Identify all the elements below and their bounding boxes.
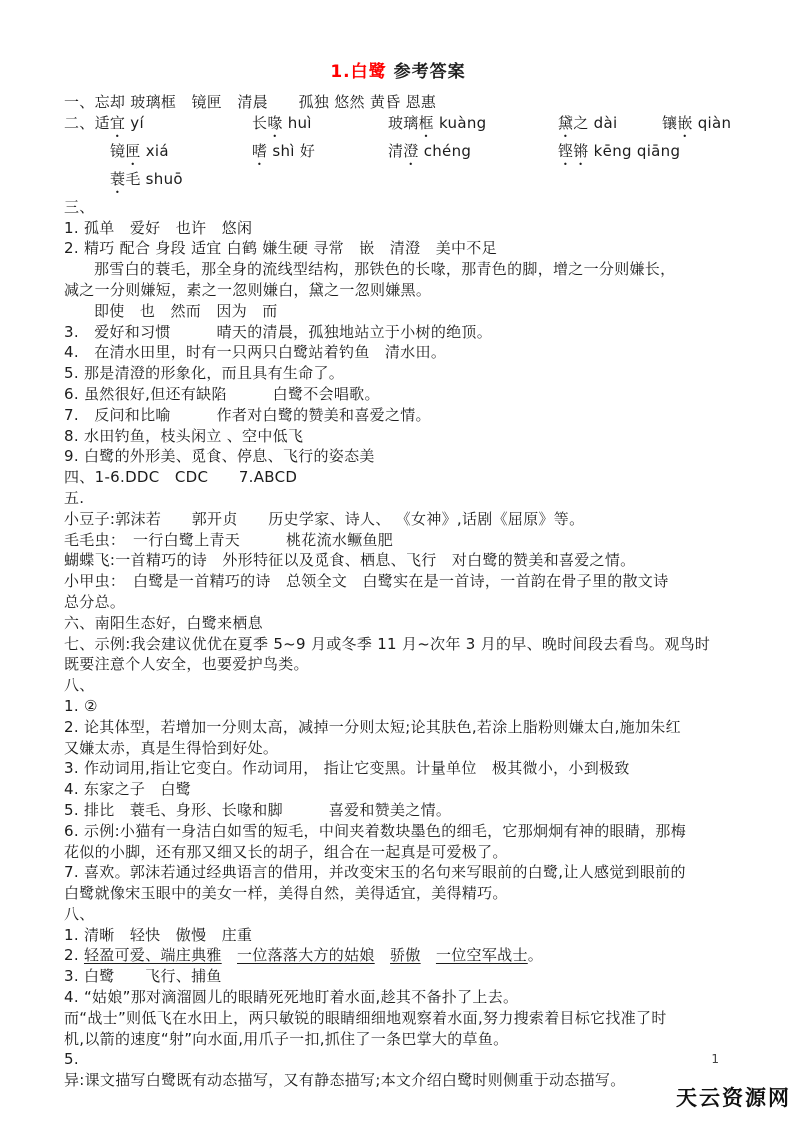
doc-line: 2. 轻盈可爱、端庄典雅 一位落落大方的姑娘 骄傲 一位空军战士。 [64, 945, 732, 966]
answer-lines: 一、忘却 玻璃框 镜匣 清晨 孤独 悠然 黄昏 恩惠二、适宜 yí长喙 huì玻… [64, 92, 732, 1091]
doc-line: 小豆子:郭沫若 郭开贞 历史学家、诗人、 《女神》,话剧《屈原》等。 [64, 509, 732, 530]
text-run: 2. 精巧 配合 身段 适宜 白鹤 嫌生硬 寻常 嵌 清澄 美中不足 [64, 239, 497, 257]
text-run: 7. 喜欢。郭沫若通过经典语言的借用，并改变宋玉的名句来写眼前的白鹭,让人感觉到… [64, 863, 686, 881]
text-run: 1. 清晰 轻快 傲慢 庄重 [64, 926, 252, 944]
doc-line: 花似的小脚，还有那又细又长的胡子，组合在一起真是可爱极了。 [64, 842, 732, 863]
underlined-answer: 一位空军战士 [436, 946, 528, 964]
doc-line: 即使 也 然而 因为 而 [64, 301, 732, 322]
page-number: 1 [711, 1052, 719, 1066]
text-run: 玻璃 [388, 114, 419, 132]
pinyin-column: 清澄 chéng [388, 141, 558, 169]
doc-line: 8. 水田钓鱼，枝头闲立 、空中低飞 [64, 426, 732, 447]
doc-line: 7. 反问和比喻 作者对白鹭的赞美和喜爱之情。 [64, 405, 732, 426]
doc-line: 3. 白鹭 飞行、捕鱼 [64, 966, 732, 987]
title-suffix: 参考答案 [394, 62, 466, 82]
doc-line: 1. ② [64, 696, 732, 717]
text-run: 一、忘却 玻璃框 镜匣 清晨 孤独 悠然 黄昏 恩惠 [64, 93, 436, 111]
doc-line: 四、1-6.DDC CDC 7.ABCD [64, 467, 732, 488]
text-run: 1. 孤单 爱好 也许 悠闲 [64, 219, 252, 237]
text-run: 4. 在清水田里，时有一只两只白鹭站着钓鱼 清水田。 [64, 343, 446, 361]
doc-line: 6. 示例:小猫有一身洁白如雪的短毛，中间夹着数块墨色的细毛，它那炯炯有神的眼睛… [64, 821, 732, 842]
emphasized-char: 蓑 [110, 170, 125, 188]
text-run: 4. “姑娘”那对滴溜圆儿的眼睛死死地盯着水面,趁其不备扑了上去。 [64, 988, 518, 1006]
doc-line: 七、示例:我会建议优优在夏季 5~9 月或冬季 11 月~次年 3 月的早、晚时… [64, 634, 732, 655]
text-run: kēng qiāng [589, 142, 681, 160]
text-run: 毛毛虫： 一行白鹭上青天 桃花流水鳜鱼肥 [64, 531, 393, 549]
emphasized-char: 嗜 [252, 142, 267, 160]
pinyin-column: 嗜 shì 好 [252, 141, 388, 169]
text-run: 那雪白的蓑毛，那全身的流线型结构，那铁色的长喙，那青色的脚，增之一分则嫌长， [94, 260, 675, 278]
doc-line: 小甲虫： 白鹭是一首精巧的诗 总领全文 白鹭实在是一首诗，一首韵在骨子里的散文诗 [64, 571, 732, 592]
text-run [375, 946, 390, 964]
pinyin-column: 长喙 huì [252, 113, 388, 141]
doc-line: 2. 精巧 配合 身段 适宜 白鹤 嫌生硬 寻常 嵌 清澄 美中不足 [64, 238, 732, 259]
underlined-answer: 一位落落大方的姑娘 [237, 946, 375, 964]
text-run: 八、 [64, 905, 95, 923]
doc-line: 7. 喜欢。郭沫若通过经典语言的借用，并改变宋玉的名句来写眼前的白鹭,让人感觉到… [64, 862, 732, 883]
doc-line: 2. 论其体型，若增加一分则太高，减掉一分则太短;论其肤色,若涂上脂粉则嫌太白,… [64, 717, 732, 738]
document-page: 1.白鹭参考答案 一、忘却 玻璃框 镜匣 清晨 孤独 悠然 黄昏 恩惠二、适宜 … [0, 0, 793, 1122]
text-run: 总分总。 [64, 593, 125, 611]
text-run: 6. 示例:小猫有一身洁白如雪的短毛，中间夹着数块墨色的细毛，它那炯炯有神的眼睛… [64, 822, 686, 840]
doc-line: 毛毛虫： 一行白鹭上青天 桃花流水鳜鱼肥 [64, 530, 732, 551]
emphasized-char: 黛 [558, 114, 573, 132]
text-run: 3. 白鹭 飞行、捕鱼 [64, 967, 222, 985]
emphasized-char: 澄 [403, 142, 418, 160]
doc-line: 3. 作动词用,指让它变白。作动词用， 指让它变黑。计量单位 极其微小，小到极致 [64, 758, 732, 779]
text-run: 小豆子:郭沫若 郭开贞 历史学家、诗人、 《女神》,话剧《屈原》等。 [64, 510, 584, 528]
text-run: 二、适 [64, 114, 110, 132]
text-run: 四、1-6.DDC CDC 7.ABCD [64, 468, 297, 486]
text-run: 五. [64, 489, 84, 507]
text-run: 5. [64, 1050, 79, 1068]
text-run: 三、 [64, 198, 95, 216]
doc-line: 既要注意个人安全，也要爱护鸟类。 [64, 654, 732, 675]
doc-line: 减之一分则嫌短，素之一忽则嫌白，黛之一忽则嫌黑。 [64, 280, 732, 301]
doc-line: 五. [64, 488, 732, 509]
text-run: 花似的小脚，还有那又细又长的胡子，组合在一起真是可爱极了。 [64, 843, 508, 861]
text-run: 2. [64, 946, 84, 964]
text-run: 七、示例:我会建议优优在夏季 5~9 月或冬季 11 月~次年 3 月的早、晚时… [64, 635, 710, 653]
text-run: 蝴蝶飞:一首精巧的诗 外形特征以及觅食、栖息、飞行 对白鹭的赞美和喜爱之情。 [64, 551, 635, 569]
text-run: chéng [419, 142, 472, 160]
doc-line: 六、南阳生态好，白鹭来栖息 [64, 613, 732, 634]
text-run: 异:课文描写白鹭既有动态描写，又有静态描写;本文介绍白鹭时则侧重于动态描写。 [64, 1071, 626, 1089]
text-run [421, 946, 436, 964]
page-title: 1.白鹭参考答案 [64, 60, 732, 84]
text-run: kuàng [434, 114, 487, 132]
text-run: 即使 也 然而 因为 而 [94, 302, 278, 320]
underlined-answer: 骄傲 [390, 946, 421, 964]
text-run: 3. 作动词用,指让它变白。作动词用， 指让它变黑。计量单位 极其微小，小到极致 [64, 759, 630, 777]
text-run: 2. 论其体型，若增加一分则太高，减掉一分则太短;论其肤色,若涂上脂粉则嫌太白,… [64, 718, 681, 736]
emphasized-char: 宜 [110, 114, 125, 132]
text-run: 白鹭就像宋玉眼中的美女一样，美得自然，美得适宜，美得精巧。 [64, 884, 508, 902]
doc-line: 而“战士”则低飞在水田上，两只敏锐的眼睛细细地观察着水面,努力搜索着目标它找准了… [64, 1008, 732, 1029]
doc-line: 6. 虽然很好,但还有缺陷 白鹭不会唱歌。 [64, 384, 732, 405]
emphasized-char: 框 [419, 114, 434, 132]
text-run: 4. 东家之子 白鹭 [64, 780, 191, 798]
pinyin-column: 黛之 dài [558, 113, 662, 141]
text-run: 6. 虽然很好,但还有缺陷 白鹭不会唱歌。 [64, 385, 380, 403]
doc-line: 4. “姑娘”那对滴溜圆儿的眼睛死死地盯着水面,趁其不备扑了上去。 [64, 987, 732, 1008]
pinyin-column: 铿锵 kēng qiāng [558, 141, 680, 169]
doc-line: 4. 在清水田里，时有一只两只白鹭站着钓鱼 清水田。 [64, 342, 732, 363]
text-run: 长 [252, 114, 267, 132]
doc-line: 总分总。 [64, 592, 732, 613]
text-run: 。 [528, 946, 543, 964]
text-run: 镶 [662, 114, 677, 132]
text-run: 9. 白鹭的外形美、觅食、停息、飞行的姿态美 [64, 447, 375, 465]
doc-line: 4. 东家之子 白鹭 [64, 779, 732, 800]
text-run: 3. 爱好和习惯 晴天的清晨，孤独地站立于小树的绝顶。 [64, 323, 492, 341]
emphasized-char: 嵌 [677, 114, 692, 132]
watermark-text: 天云资源网 [676, 1082, 791, 1112]
text-run: 镜 [110, 142, 125, 160]
text-run: qiàn [693, 114, 732, 132]
pinyin-column: 蓑毛 shuō [110, 169, 183, 197]
text-run: 之 dài [573, 114, 617, 132]
text-run: huì [283, 114, 312, 132]
emphasized-char: 喙 [267, 114, 282, 132]
doc-line: 镜匣 xiá嗜 shì 好清澄 chéng铿锵 kēng qiāng蓑毛 shu… [64, 141, 732, 197]
text-run: 八、 [64, 676, 95, 694]
doc-line: 那雪白的蓑毛，那全身的流线型结构，那铁色的长喙，那青色的脚，增之一分则嫌长， [64, 259, 732, 280]
pinyin-column: 镜匣 xiá [110, 141, 252, 169]
text-run: yí [125, 114, 144, 132]
lesson-title-red: 1.白鹭 [330, 62, 386, 82]
doc-line: 蝴蝶飞:一首精巧的诗 外形特征以及觅食、栖息、飞行 对白鹭的赞美和喜爱之情。 [64, 550, 732, 571]
text-run: 既要注意个人安全，也要爱护鸟类。 [64, 655, 309, 673]
text-run: 小甲虫： 白鹭是一首精巧的诗 总领全文 白鹭实在是一首诗，一首韵在骨子里的散文诗 [64, 572, 669, 590]
emphasized-char: 匣 [125, 142, 140, 160]
doc-line: 9. 白鹭的外形美、觅食、停息、飞行的姿态美 [64, 446, 732, 467]
doc-line: 5. [64, 1049, 732, 1070]
text-run: 7. 反问和比喻 作者对白鹭的赞美和喜爱之情。 [64, 406, 431, 424]
document-content: 1.白鹭参考答案 一、忘却 玻璃框 镜匣 清晨 孤独 悠然 黄昏 恩惠二、适宜 … [64, 60, 732, 1091]
doc-line: 一、忘却 玻璃框 镜匣 清晨 孤独 悠然 黄昏 恩惠 [64, 92, 732, 113]
text-run: 毛 shuō [125, 170, 183, 188]
text-run [222, 946, 237, 964]
text-run: 清 [388, 142, 403, 160]
text-run: 5. 那是清澄的形象化，而且具有生命了。 [64, 364, 344, 382]
text-run: 机,以箭的速度“射”向水面,用爪子一扣,抓住了一条巴掌大的草鱼。 [64, 1030, 508, 1048]
text-run: xiá [141, 142, 169, 160]
doc-line: 3. 爱好和习惯 晴天的清晨，孤独地站立于小树的绝顶。 [64, 322, 732, 343]
text-run: shì 好 [267, 142, 315, 160]
doc-line: 八、 [64, 675, 732, 696]
doc-line: 1. 孤单 爱好 也许 悠闲 [64, 218, 732, 239]
pinyin-column: 镶嵌 qiàn [662, 113, 731, 141]
text-run: 1. ② [64, 697, 98, 715]
doc-line: 机,以箭的速度“射”向水面,用爪子一扣,抓住了一条巴掌大的草鱼。 [64, 1029, 732, 1050]
emphasized-char: 铿锵 [558, 142, 589, 160]
doc-line: 5. 那是清澄的形象化，而且具有生命了。 [64, 363, 732, 384]
pinyin-column: 二、适宜 yí [64, 113, 252, 141]
text-run: 六、南阳生态好，白鹭来栖息 [64, 614, 263, 632]
doc-line: 三、 [64, 197, 732, 218]
text-run: 而“战士”则低飞在水田上，两只敏锐的眼睛细细地观察着水面,努力搜索着目标它找准了… [64, 1009, 667, 1027]
text-run: 又嫌太赤，真是生得恰到好处。 [64, 739, 278, 757]
doc-line: 异:课文描写白鹭既有动态描写，又有静态描写;本文介绍白鹭时则侧重于动态描写。 [64, 1070, 732, 1091]
text-run: 8. 水田钓鱼，枝头闲立 、空中低飞 [64, 427, 303, 445]
doc-line: 1. 清晰 轻快 傲慢 庄重 [64, 925, 732, 946]
doc-line: 八、 [64, 904, 732, 925]
doc-line: 又嫌太赤，真是生得恰到好处。 [64, 738, 732, 759]
doc-line: 白鹭就像宋玉眼中的美女一样，美得自然，美得适宜，美得精巧。 [64, 883, 732, 904]
underlined-answer: 轻盈可爱、端庄典雅 [84, 946, 222, 964]
pinyin-column: 玻璃框 kuàng [388, 113, 558, 141]
text-run: 减之一分则嫌短，素之一忽则嫌白，黛之一忽则嫌黑。 [64, 281, 431, 299]
doc-line: 二、适宜 yí长喙 huì玻璃框 kuàng黛之 dài镶嵌 qiàn [64, 113, 732, 141]
text-run: 5. 排比 蓑毛、身形、长喙和脚 喜爱和赞美之情。 [64, 801, 451, 819]
doc-line: 5. 排比 蓑毛、身形、长喙和脚 喜爱和赞美之情。 [64, 800, 732, 821]
